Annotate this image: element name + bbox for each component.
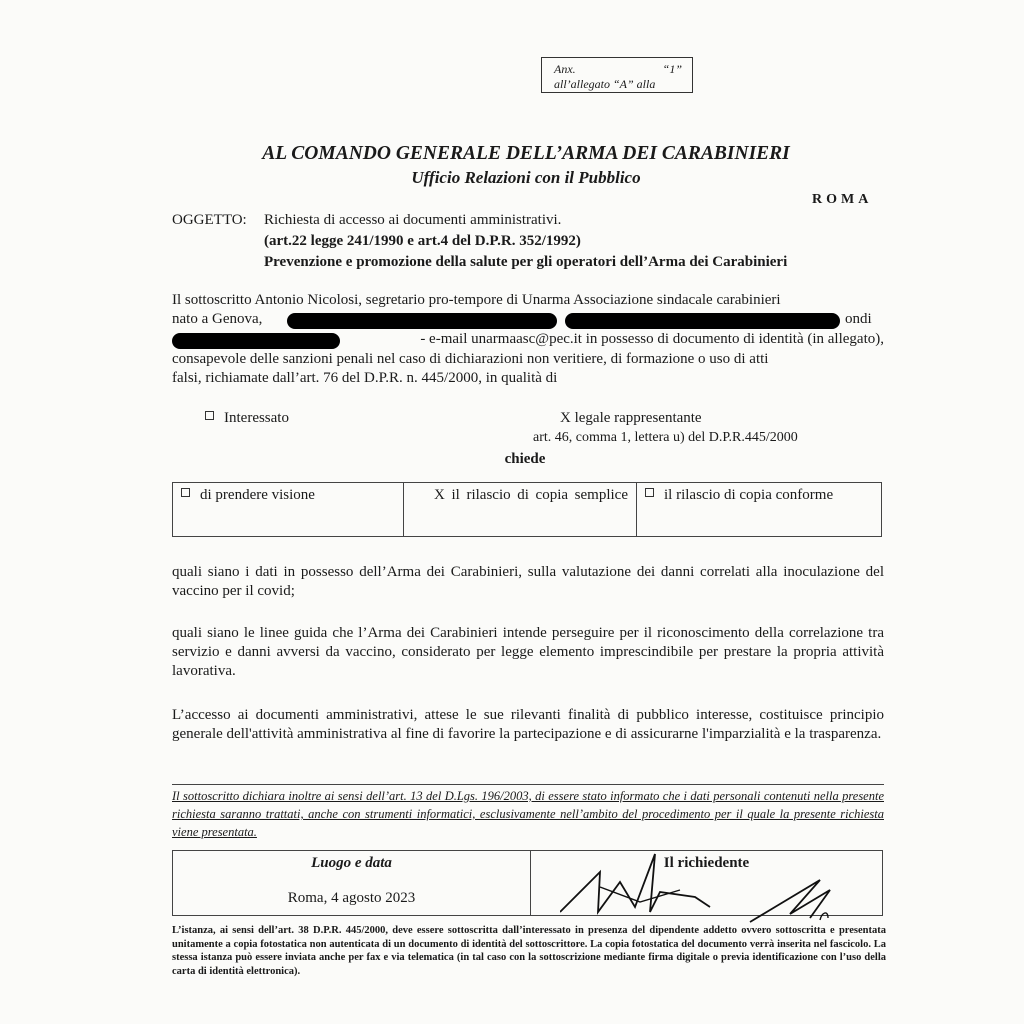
- privacy-statement: Il sottoscritto dichiara inoltre ai sens…: [172, 784, 884, 841]
- request-option-copia-conforme[interactable]: il rilascio di copia conforme: [636, 483, 881, 536]
- request-verb: chiede: [0, 451, 1024, 468]
- address-fragment: ondi: [845, 310, 885, 329]
- request-option-label: il rilascio di copia conforme: [664, 487, 833, 503]
- declarant-line-5: falsi, richiamate dall’art. 76 del D.P.R…: [172, 369, 884, 388]
- annex-reference: all’allegato “A” alla: [554, 77, 682, 92]
- request-option-visione[interactable]: di prendere visione: [173, 483, 403, 536]
- body-paragraph-3: L’accesso ai documenti amministrativi, a…: [172, 706, 884, 744]
- declarant-line-1: Il sottoscritto Antonio Nicolosi, segret…: [172, 291, 884, 310]
- checkbox-empty-icon[interactable]: [645, 488, 654, 497]
- option-interessato-label: Interessato: [224, 410, 289, 426]
- redaction-bar: [287, 313, 557, 329]
- option-legale-rappresentante[interactable]: X legale rappresentante: [560, 410, 702, 427]
- subject-topic: Prevenzione e promozione della salute pe…: [264, 254, 787, 271]
- checkbox-empty-icon[interactable]: [181, 488, 190, 497]
- option-interessato[interactable]: Interessato: [205, 410, 289, 427]
- annex-label: Anx.: [554, 62, 576, 77]
- legale-legal-ref: art. 46, comma 1, lettera u) del D.P.R.4…: [533, 430, 798, 446]
- request-option-label: di prendere visione: [200, 487, 315, 503]
- place-date-cell: Luogo e data Roma, 4 agosto 2023: [173, 851, 531, 915]
- handwritten-signature-icon: [560, 852, 860, 932]
- annex-box: Anx. “1” all’allegato “A” alla: [541, 57, 693, 93]
- subject-label: OGGETTO:: [172, 212, 247, 229]
- subject-line: Richiesta di accesso ai documenti ammini…: [264, 212, 561, 229]
- checkbox-empty-icon[interactable]: [205, 411, 214, 420]
- legal-footnote: L’istanza, ai sensi dell’art. 38 D.P.R. …: [172, 924, 886, 978]
- subject-legal-ref: (art.22 legge 241/1990 e art.4 del D.P.R…: [264, 233, 581, 250]
- annex-number: “1”: [663, 62, 682, 77]
- recipient-office: Ufficio Relazioni con il Pubblico: [14, 168, 1024, 188]
- birthplace-text: nato a Genova,: [172, 311, 262, 327]
- redaction-bar: [172, 333, 340, 349]
- declarant-line-4: consapevole delle sanzioni penali nel ca…: [172, 350, 884, 369]
- request-options-table: di prendere visione X il rilascio di cop…: [172, 482, 882, 537]
- recipient-city: ROMA: [812, 192, 872, 208]
- request-option-copia-semplice[interactable]: X il rilascio di copia semplice: [403, 483, 636, 536]
- place-date-value: Roma, 4 agosto 2023: [173, 890, 530, 907]
- place-date-label: Luogo e data: [173, 855, 530, 872]
- body-paragraph-2: quali siano le linee guida che l’Arma de…: [172, 624, 884, 681]
- recipient-title: AL COMANDO GENERALE DELL’ARMA DEI CARABI…: [14, 143, 1024, 165]
- declarant-line-3: - e-mail unarmaasc@pec.it in possesso di…: [344, 330, 884, 349]
- body-paragraph-1: quali siano i dati in possesso dell’Arma…: [172, 563, 884, 601]
- redaction-bar: [565, 313, 840, 329]
